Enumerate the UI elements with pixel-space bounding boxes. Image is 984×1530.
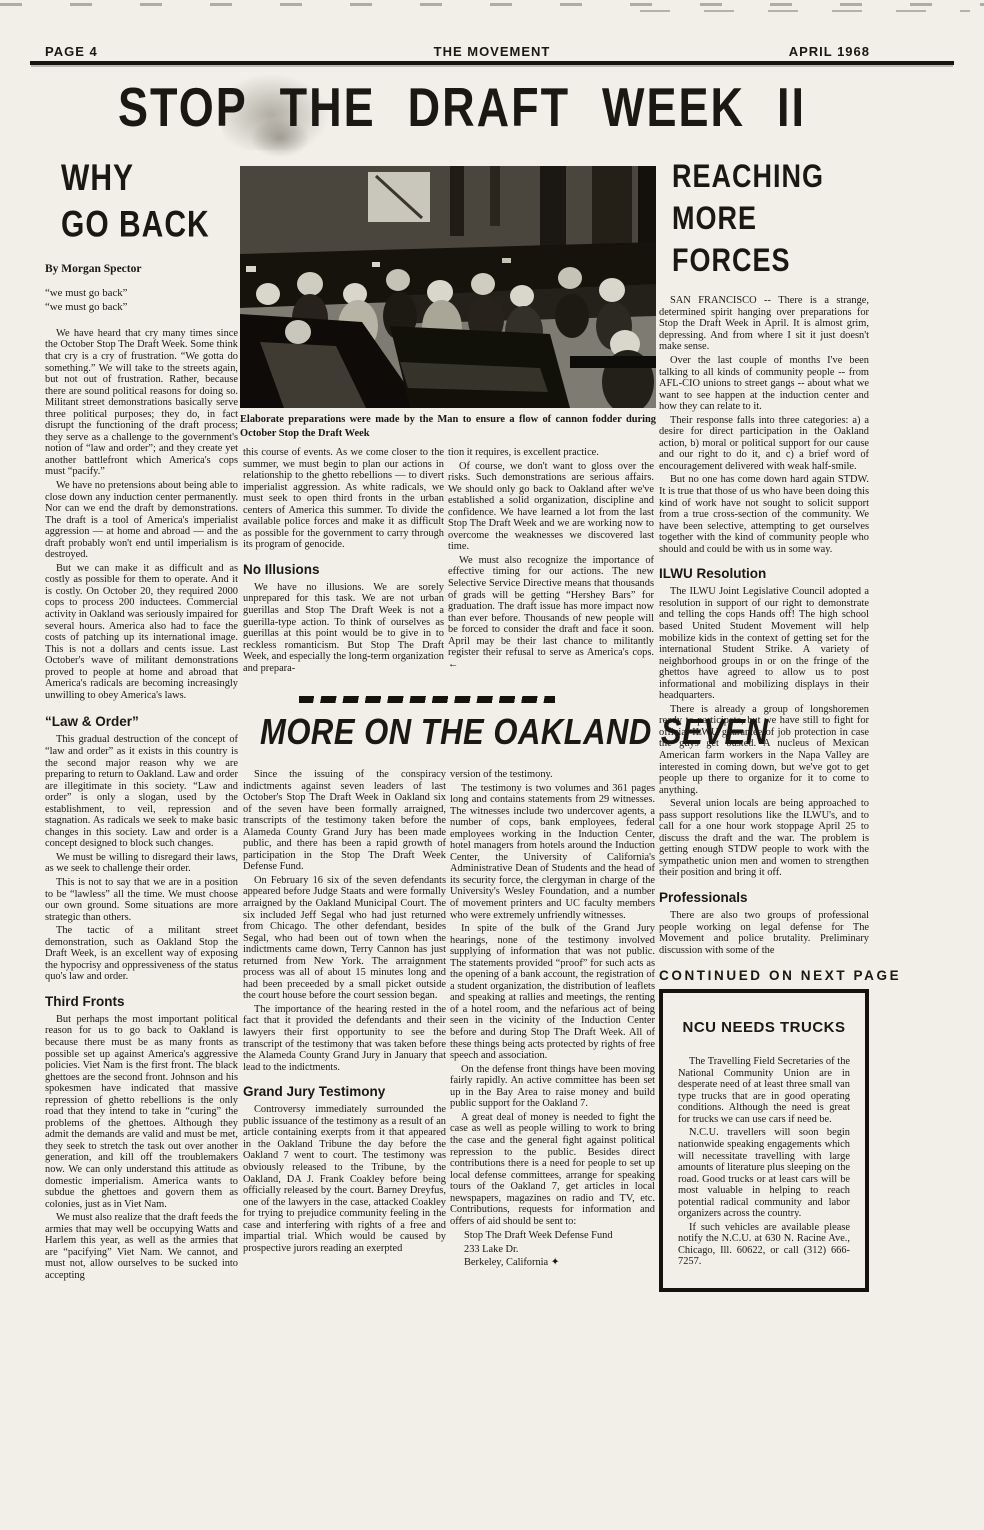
headline-word: WEEK bbox=[602, 76, 745, 139]
headline-word: DRAFT bbox=[408, 76, 570, 139]
article-paragraph: tion it requires, is excellent practice. bbox=[448, 447, 654, 459]
article-title: WHY GO BACK bbox=[61, 156, 238, 250]
article-paragraph: Several union locals are being approache… bbox=[659, 798, 869, 879]
article-paragraph: There is already a group of longshoremen… bbox=[659, 704, 869, 796]
article-paragraph: The importance of the hearing rested in … bbox=[243, 1004, 446, 1073]
article-paragraph: We must also recognize the importance of… bbox=[448, 555, 654, 670]
article-title-line: MORE FORCES bbox=[672, 198, 869, 282]
article-paragraph: We must also realize that the draft feed… bbox=[45, 1212, 238, 1281]
scan-artifact-top bbox=[0, 3, 984, 6]
article-title-line: GO BACK bbox=[61, 203, 238, 250]
section-heading-ilwu: ILWU Resolution bbox=[659, 566, 869, 581]
article-paragraph: The Travelling Field Secretaries of the … bbox=[678, 1056, 850, 1125]
continued-on-next-page-label: CONTINUED ON NEXT PAGE bbox=[659, 968, 869, 983]
article-oakland-seven: MORE ON THE OAKLAND SEVEN Since the issu… bbox=[243, 696, 655, 1270]
byline: By Morgan Spector bbox=[45, 263, 238, 275]
article-paragraph: SAN FRANCISCO -- There is a strange, det… bbox=[659, 295, 869, 353]
article-paragraph: This is not to say that we are in a posi… bbox=[45, 877, 238, 923]
defense-fund-address-line: 233 Lake Dr. bbox=[450, 1243, 655, 1257]
article-paragraph: Over the last couple of months I've been… bbox=[659, 355, 869, 413]
article-paragraph: We have heard that cry many times since … bbox=[45, 328, 238, 478]
defense-fund-address-line: Berkeley, California ✦ bbox=[450, 1256, 655, 1270]
article-title: REACHING MORE FORCES bbox=[672, 156, 869, 282]
article-paragraph: In spite of the bulk of the Grand Jury h… bbox=[450, 923, 655, 1062]
article-paragraph: On February 16 six of the seven defendan… bbox=[243, 875, 446, 1002]
article-paragraph: this course of events. As we come closer… bbox=[243, 447, 444, 551]
oakland-seven-columns: Since the issuing of the conspiracy indi… bbox=[243, 769, 655, 1270]
epigraph: “we must go back” “we must go back” bbox=[45, 286, 238, 315]
article-paragraph: There are also two groups of professiona… bbox=[659, 910, 869, 956]
article-paragraph: Of course, we don't want to gloss over t… bbox=[448, 461, 654, 553]
article-paragraph: We have no pretensions about being able … bbox=[45, 480, 238, 561]
scan-artifact-top-right bbox=[640, 10, 970, 12]
photo-police-crowd bbox=[240, 166, 656, 408]
article-paragraph: But we can make it as difficult and as c… bbox=[45, 563, 238, 702]
article-title-line: REACHING bbox=[672, 156, 869, 198]
article-paragraph: The testimony is two volumes and 361 pag… bbox=[450, 783, 655, 922]
article-paragraph: We have no illusions. We are sorely unpr… bbox=[243, 582, 444, 674]
epigraph-line: “we must go back” bbox=[45, 300, 238, 315]
article-paragraph: Their response falls into three categori… bbox=[659, 415, 869, 473]
article-paragraph: But no one has come down hard again STDW… bbox=[659, 474, 869, 555]
news-photo-figure: Elaborate preparations were made by the … bbox=[240, 166, 656, 440]
section-heading-law-order: “Law & Order” bbox=[45, 714, 238, 729]
oakland-seven-column-right: version of the testimony. The testimony … bbox=[450, 769, 655, 1270]
article-paragraph: Since the issuing of the conspiracy indi… bbox=[243, 769, 446, 873]
newspaper-page: PAGE 4 THE MOVEMENT APRIL 1968 STOP THE … bbox=[0, 0, 984, 1530]
ncu-needs-trucks-box: NCU NEEDS TRUCKS The Travelling Field Se… bbox=[659, 989, 869, 1292]
issue-date: APRIL 1968 bbox=[789, 44, 870, 59]
article-paragraph: A great deal of money is needed to fight… bbox=[450, 1112, 655, 1227]
oakland-seven-column-left: Since the issuing of the conspiracy indi… bbox=[243, 769, 446, 1270]
article-paragraph: N.C.U. travellers will soon begin nation… bbox=[678, 1127, 850, 1219]
article-reaching-more-forces: REACHING MORE FORCES SAN FRANCISCO -- Th… bbox=[659, 156, 869, 1292]
why-go-back-column-2: this course of events. As we come closer… bbox=[243, 447, 444, 676]
header-rule bbox=[30, 61, 954, 65]
article-paragraph: If such vehicles are available please no… bbox=[678, 1222, 850, 1268]
photo-illustration bbox=[240, 166, 656, 408]
defense-fund-address-line: Stop The Draft Week Defense Fund bbox=[450, 1229, 655, 1243]
article-paragraph: The tactic of a militant street demonstr… bbox=[45, 925, 238, 983]
section-heading-third-fronts: Third Fronts bbox=[45, 994, 238, 1009]
section-heading-no-illusions: No Illusions bbox=[243, 562, 444, 577]
oakland-seven-headline: MORE ON THE OAKLAND SEVEN bbox=[260, 711, 655, 753]
ncu-box-title: NCU NEEDS TRUCKS bbox=[678, 1019, 850, 1036]
main-headline: STOP THE DRAFT WEEK II bbox=[118, 76, 806, 139]
headline-word: THE bbox=[280, 76, 376, 139]
why-go-back-column-3: tion it requires, is excellent practice.… bbox=[448, 447, 654, 672]
epigraph-line: “we must go back” bbox=[45, 286, 238, 301]
article-paragraph: This gradual destruction of the concept … bbox=[45, 734, 238, 849]
article-paragraph: On the defense front things have been mo… bbox=[450, 1064, 655, 1110]
headline-word: STOP bbox=[118, 76, 248, 139]
dashed-divider bbox=[299, 696, 555, 703]
article-paragraph: We must be willing to disregard their la… bbox=[45, 852, 238, 875]
section-heading-professionals: Professionals bbox=[659, 890, 869, 905]
article-paragraph: Controversy immediately surrounded the p… bbox=[243, 1104, 446, 1254]
article-why-go-back: WHY GO BACK By Morgan Spector “we must g… bbox=[45, 156, 238, 1283]
article-paragraph: But perhaps the most important political… bbox=[45, 1014, 238, 1210]
article-paragraph: The ILWU Joint Legislative Council adopt… bbox=[659, 586, 869, 701]
photo-caption: Elaborate preparations were made by the … bbox=[240, 413, 656, 440]
article-paragraph: version of the testimony. bbox=[450, 769, 655, 781]
headline-word: II bbox=[777, 76, 806, 139]
section-heading-grand-jury: Grand Jury Testimony bbox=[243, 1084, 446, 1099]
article-title-line: WHY bbox=[61, 156, 238, 203]
